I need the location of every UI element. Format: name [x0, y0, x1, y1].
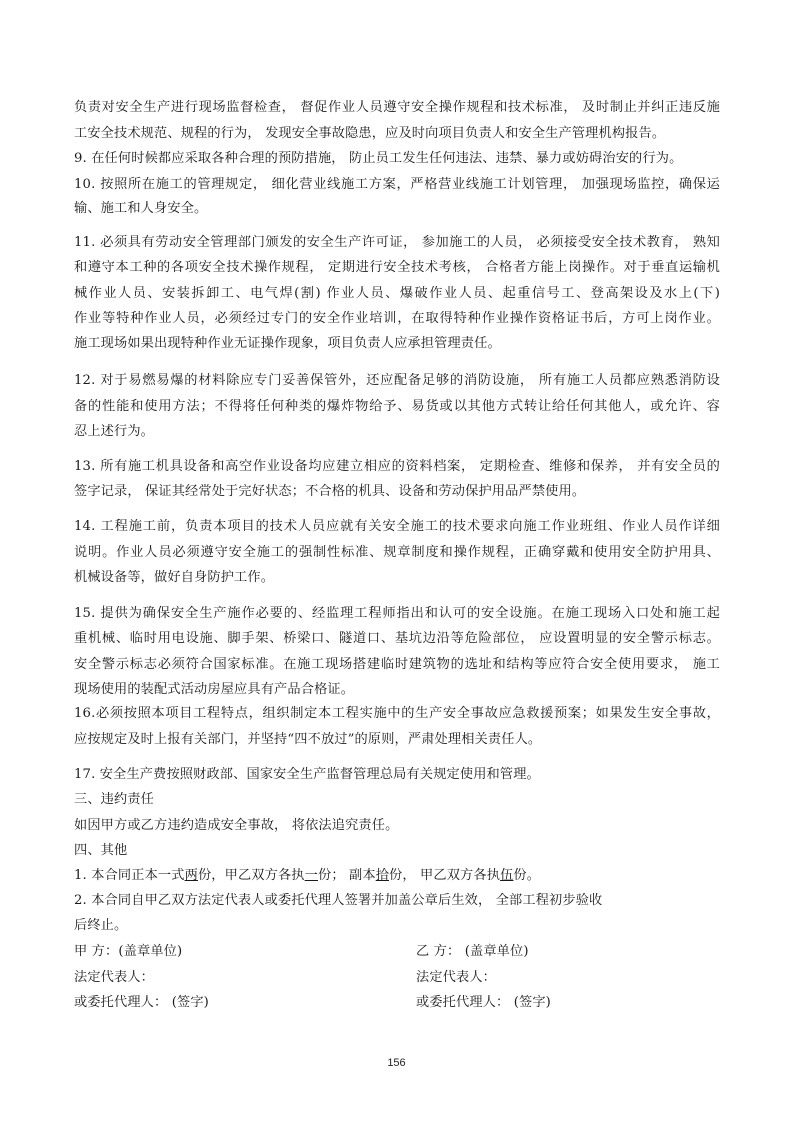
- text-line: 工安全技术规范、规程的行为， 发现安全事故隐患，应及时向项目负责人和安全生产管理…: [74, 126, 665, 142]
- text-line: 三、违约责任: [74, 792, 154, 808]
- text-line: 作业等特种作业人员，必须经过专门的安全作业培训，在取得特种作业操作资格证书后，方…: [74, 311, 720, 327]
- text-line: 14. 工程施工前，负责本项目的技术人员应就有关安全施工的技术要求向施工作业班组…: [74, 519, 720, 535]
- clause-effective: 2. 本合同自甲乙双方法定代表人或委托代理人签署并加盖公章后生效， 全部工程初步…: [74, 893, 602, 909]
- text-line: 四、其他: [74, 843, 127, 859]
- party-a-agent: 或委托代理人： (签字): [74, 995, 209, 1011]
- text-line: 忍上述行为。: [74, 424, 154, 440]
- page-number: 156: [0, 1057, 793, 1069]
- underlined-value: 两: [185, 868, 198, 883]
- text-line: 说明。作业人员必须遵守安全施工的强制性标准、规章制度和操作规程，正确穿戴和使用安…: [74, 545, 720, 561]
- clause-text: 份； 副本: [318, 868, 376, 883]
- party-b-label: 乙 方： (盖章单位): [416, 944, 529, 960]
- text-line: 16.必须按照本项目工程特点，组织制定本工程实施中的生产安全事故应急救援预案；如…: [74, 706, 720, 722]
- text-line: 械作业人员、安装拆卸工、电气焊(割) 作业人员、爆破作业人员、起重信号工、登高架…: [74, 286, 720, 302]
- party-b-rep: 法定代表人：: [416, 970, 496, 986]
- text-line: 负责对安全生产进行现场监督检查， 督促作业人员遵守安全操作规程和技术标准， 及时…: [74, 100, 720, 116]
- text-line: 10. 按照所在施工的管理规定， 细化营业线施工方案，严格营业线施工计划管理， …: [74, 177, 720, 193]
- text-line: 13. 所有施工机具设备和高空作业设备均应建立相应的资料档案， 定期检查、维修和…: [74, 459, 720, 475]
- party-a-rep: 法定代表人：: [74, 970, 154, 986]
- text-line: 11. 必须具有劳动安全管理部门颁发的安全生产许可证， 参加施工的人员， 必须接…: [74, 235, 720, 251]
- text-line: 现场使用的装配式活动房屋应具有产品合格证。: [74, 682, 354, 698]
- text-line: 和遵守本工种的各项安全技术操作规程， 定期进行安全技术考核， 合格者方能上岗操作…: [74, 260, 720, 276]
- text-line: 应按规定及时上报有关部门，并坚持“四不放过”的原则，严肃处理相关责任人。: [74, 732, 541, 748]
- text-line: 备的性能和使用方法；不得将任何种类的爆炸物给予、易货或以其他方式转让给任何其他人…: [74, 399, 720, 415]
- text-line: 17. 安全生产费按照财政部、国家安全生产监督管理总局有关规定使用和管理。: [74, 767, 540, 783]
- clause-text: 份。: [513, 868, 540, 883]
- underlined-value: 拾: [376, 868, 389, 883]
- clause-text: 1. 本合同正本一式: [74, 868, 185, 883]
- underlined-value: 伍: [500, 868, 513, 883]
- text-line: 机械设备等，做好自身防护工作。: [74, 570, 274, 586]
- party-a-label: 甲 方：(盖章单位): [74, 944, 182, 960]
- text-line: 输、施工和人身安全。: [74, 201, 207, 217]
- clause-effective-end: 后终止。: [74, 918, 127, 934]
- clause-text: 份，甲乙双方各执: [198, 868, 305, 883]
- text-line: 15. 提供为确保安全生产施作必要的、经监理工程师指出和认可的安全设施。在施工现…: [74, 606, 720, 622]
- text-line: 9. 在任何时候都应采取各种合理的预防措施， 防止员工发生任何违法、违禁、暴力或…: [74, 151, 682, 167]
- text-line: 签字记录， 保证其经常处于完好状态；不合格的机具、设备和劳动保护用品严禁使用。: [74, 484, 585, 500]
- text-line: 安全警示标志必须符合国家标准。在施工现场搭建临时建筑物的选址和结构等应符合安全使…: [74, 657, 720, 673]
- underlined-value: 一: [305, 868, 318, 883]
- party-b-agent: 或委托代理人： (签字): [416, 995, 551, 1011]
- text-line: 如因甲方或乙方违约造成安全事故， 将依法追究责任。: [74, 818, 398, 834]
- clause-copies: 1. 本合同正本一式两份，甲乙双方各执一份； 副本拾份， 甲乙双方各执伍份。: [74, 868, 540, 884]
- text-line: 施工现场如果出现特种作业无证操作现象，项目负责人应承担管理责任。: [74, 336, 501, 352]
- text-line: 12. 对于易燃易爆的材料除应专门妥善保管外，还应配备足够的消防设施， 所有施工…: [74, 373, 720, 389]
- text-line: 重机械、临时用电设施、脚手架、桥梁口、隧道口、基坑边沿等危险部位， 应设置明显的…: [74, 631, 720, 647]
- clause-text: 份， 甲乙双方各执: [389, 868, 500, 883]
